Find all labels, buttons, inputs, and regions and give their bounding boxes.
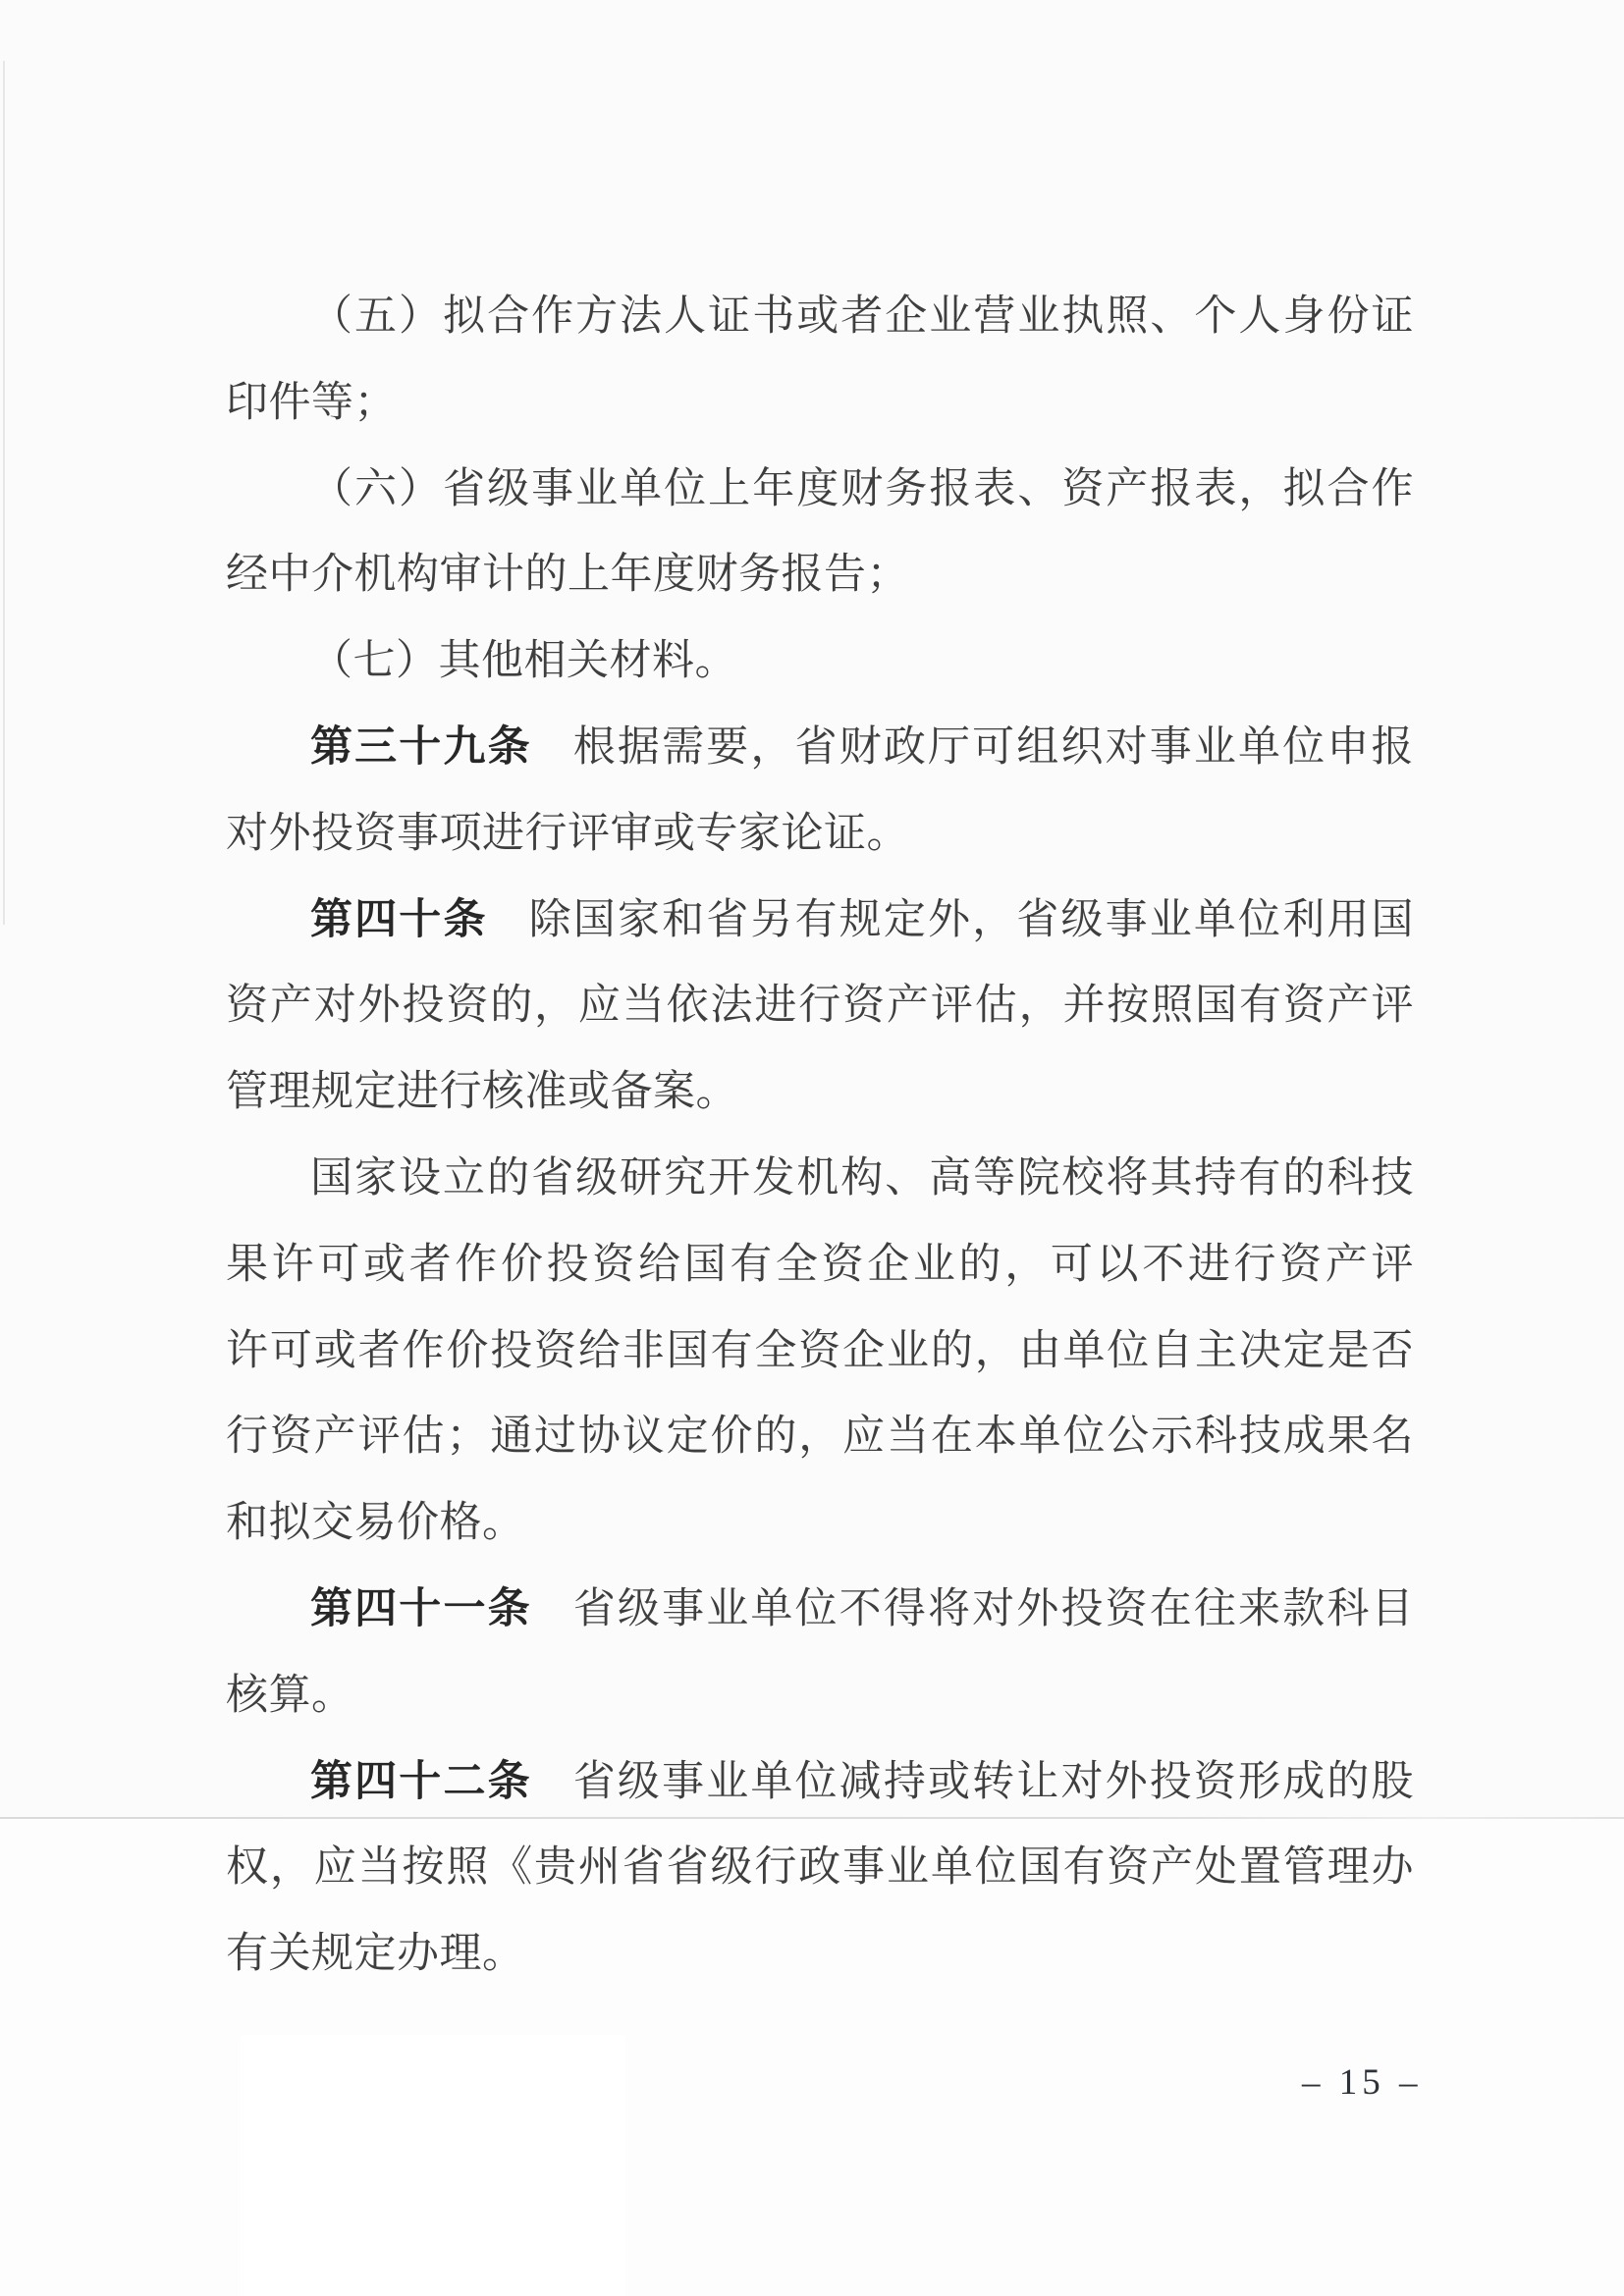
paragraph-item-7: （七）其他相关材料。 [226,618,1414,705]
text-line: 和拟交易价格。 [226,1480,1414,1567]
text-line: 对外投资事项进行评审或专家论证。 [226,791,1414,878]
line-text: （六）省级事业单位上年度财务报表、资产报表，拟合作方 [226,466,1414,533]
text-line: 管理规定进行核准或备案。 [226,1049,1414,1136]
text-line: 行资产评估；通过协议定价的，应当在本单位公示科技成果名称 [226,1394,1414,1480]
line-text: （五）拟合作方法人证书或者企业营业执照、个人身份证复 [226,294,1414,360]
text-line: 第三十九条根据需要，省财政厅可组织对事业单位申报的 [226,705,1414,791]
paragraph-item-5: （五）拟合作方法人证书或者企业营业执照、个人身份证复 印件等； [226,274,1414,447]
text-line: 有关规定办理。 [226,1911,1414,1998]
line-text: 经中介机构审计的上年度财务报告； [226,552,909,598]
text-line: 第四十二条省级事业单位减持或转让对外投资形成的股 [226,1739,1414,1826]
text-line: 果许可或者作价投资给国有全资企业的，可以不进行资产评估； [226,1222,1414,1308]
line-text: 管理规定进行核准或备案。 [226,1069,738,1115]
line-text: 印件等； [226,380,397,426]
line-text: 果许可或者作价投资给国有全资企业的，可以不进行资产评估； [226,1242,1414,1308]
line-text: 国家设立的省级研究开发机构、高等院校将其持有的科技成 [226,1155,1414,1222]
line-text: （七）其他相关材料。 [310,638,737,684]
article-number: 第三十九条 [310,724,532,771]
page-number: – 15 – [1302,2061,1430,2104]
article-number: 第四十条 [310,897,488,943]
line-text: 行资产评估；通过协议定价的，应当在本单位公示科技成果名称 [226,1414,1414,1480]
text-line: 印件等； [226,360,1414,447]
line-text: 权，应当按照《贵州省省级行政事业单位国有资产处置管理办法》 [226,1844,1414,1911]
paragraph-article-41: 第四十一条省级事业单位不得将对外投资在往来款科目 核算。 [226,1567,1414,1739]
text-line: 许可或者作价投资给非国有全资企业的，由单位自主决定是否进 [226,1308,1414,1395]
text-line: 第四十一条省级事业单位不得将对外投资在往来款科目 [226,1567,1414,1653]
text-line: 国家设立的省级研究开发机构、高等院校将其持有的科技成 [226,1136,1414,1222]
article-number: 第四十一条 [310,1586,532,1632]
line-text: 省级事业单位减持或转让对外投资形成的股 [573,1759,1414,1805]
text-line: （七）其他相关材料。 [226,618,1414,705]
paragraph-article-40: 第四十条除国家和省另有规定外，省级事业单位利用国有 资产对外投资的，应当依法进行… [226,878,1414,1136]
line-text: 对外投资事项进行评审或专家论证。 [226,811,909,857]
article-number: 第四十二条 [310,1759,532,1805]
line-text: 核算。 [226,1673,354,1719]
document-body-text: （五）拟合作方法人证书或者企业营业执照、个人身份证复 印件等； （六）省级事业单… [226,274,1414,1998]
paragraph-article-42: 第四十二条省级事业单位减持或转让对外投资形成的股 权，应当按照《贵州省省级行政事… [226,1739,1414,1998]
text-line: 权，应当按照《贵州省省级行政事业单位国有资产处置管理办法》 [226,1825,1414,1911]
scan-edge-artifact [3,61,5,925]
scan-white-patch [241,2035,625,2296]
paragraph-item-6: （六）省级事业单位上年度财务报表、资产报表，拟合作方 经中介机构审计的上年度财务… [226,447,1414,619]
paragraph-tech-achievements: 国家设立的省级研究开发机构、高等院校将其持有的科技成 果许可或者作价投资给国有全… [226,1136,1414,1567]
text-line: 核算。 [226,1653,1414,1739]
text-line: 经中介机构审计的上年度财务报告； [226,532,1414,618]
line-text: 和拟交易价格。 [226,1500,525,1546]
text-line: （六）省级事业单位上年度财务报表、资产报表，拟合作方 [226,447,1414,533]
scanned-document-page: { "document": { "paragraphs": [ { "lines… [0,0,1624,2296]
text-line: （五）拟合作方法人证书或者企业营业执照、个人身份证复 [226,274,1414,360]
line-text: 资产对外投资的，应当依法进行资产评估，并按照国有资产评估 [226,983,1414,1049]
line-text: 省级事业单位不得将对外投资在往来款科目 [573,1586,1414,1632]
line-text: 许可或者作价投资给非国有全资企业的，由单位自主决定是否进 [226,1328,1414,1395]
text-line: 第四十条除国家和省另有规定外，省级事业单位利用国有 [226,878,1414,964]
paragraph-article-39: 第三十九条根据需要，省财政厅可组织对事业单位申报的 对外投资事项进行评审或专家论… [226,705,1414,878]
text-line: 资产对外投资的，应当依法进行资产评估，并按照国有资产评估 [226,963,1414,1049]
line-text: 有关规定办理。 [226,1931,525,1977]
